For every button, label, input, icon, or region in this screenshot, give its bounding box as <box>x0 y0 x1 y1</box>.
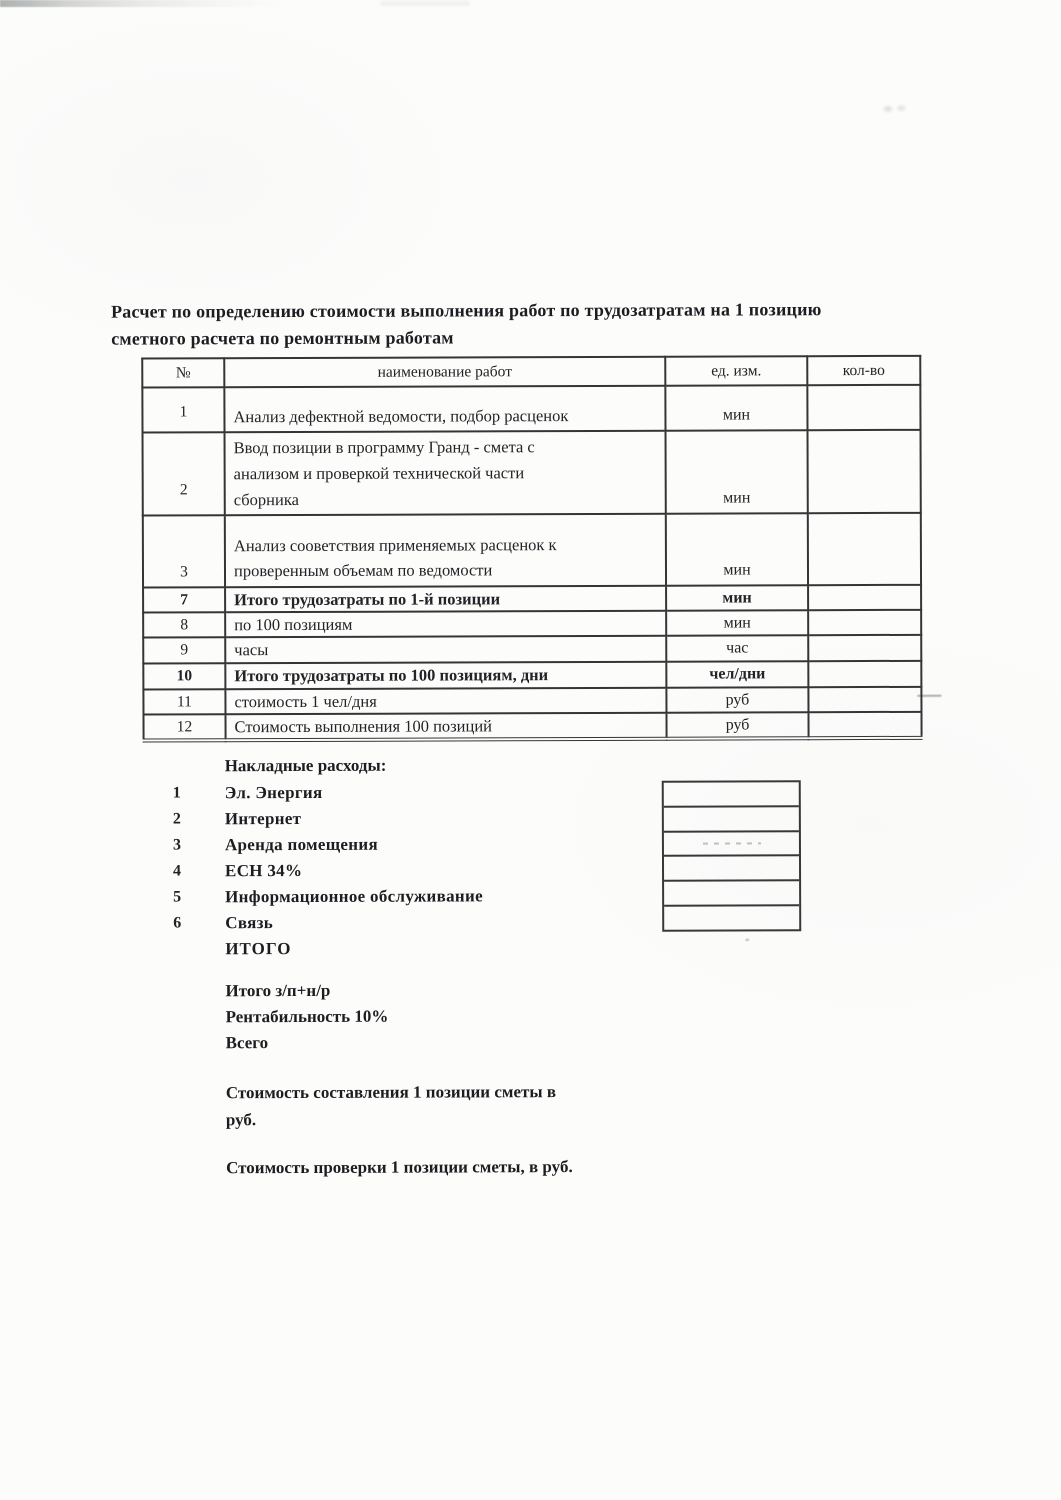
qty-cell <box>808 635 921 661</box>
table-header-row: № наименование работ ед. изм. кол-во <box>142 356 920 388</box>
work-name-cell: Анализ сооветствия применяемых расценок … <box>225 514 666 588</box>
col-header-name: наименование работ <box>224 357 665 388</box>
row-number-cell: 2 <box>143 432 225 515</box>
unit-cell: мин <box>666 430 808 513</box>
cost-note-compose-line1: Стоимость составления 1 позиции сметы в <box>226 1078 686 1107</box>
value-box-cell <box>664 830 799 855</box>
cost-note-compose: Стоимость составления 1 позиции сметы в … <box>226 1078 686 1134</box>
row-number-cell: 10 <box>143 663 225 689</box>
unit-cell: мин <box>666 513 808 585</box>
work-name-cell: Итого трудозатраты по 1-й позиции <box>225 586 666 613</box>
qty-cell <box>808 585 921 610</box>
scan-speck-artifact <box>745 938 749 941</box>
item-label: Эл. Энергия <box>225 783 323 803</box>
work-name-cell: Стоимость выполнения 100 позиций <box>225 713 666 741</box>
item-label: Связь <box>225 913 273 933</box>
work-name-cell: по 100 позициям <box>225 611 666 638</box>
overheads-total-label: ИТОГО <box>225 935 653 962</box>
value-box-cell <box>664 880 799 905</box>
qty-cell <box>808 687 921 712</box>
summary-profitability-line: Рентабильность 10% <box>226 1004 389 1031</box>
row-number-cell: 7 <box>143 587 225 612</box>
item-number: 2 <box>173 810 225 828</box>
value-box-cell <box>664 855 799 880</box>
row-number-cell: 3 <box>143 515 225 587</box>
value-box-cell <box>664 805 799 830</box>
row-number-cell: 12 <box>143 714 225 740</box>
document-title: Расчет по определению стоимости выполнен… <box>111 296 961 353</box>
item-number: 1 <box>173 784 225 802</box>
table-row: 7 Итого трудозатраты по 1-й позиции мин <box>143 585 921 613</box>
qty-cell <box>807 385 920 430</box>
scanned-document-page: Расчет по определению стоимости выполнен… <box>0 0 1061 1500</box>
unit-cell: мин <box>666 610 808 635</box>
item-label: Информационное обслуживание <box>225 886 483 907</box>
unit-cell: мин <box>666 585 808 610</box>
table-row: 2 Ввод позиции в программу Гранд - смета… <box>143 430 921 516</box>
work-name-cell: Итого трудозатраты по 100 позициям, дни <box>225 662 666 690</box>
summary-block: Итого з/п+н/р Рентабильность 10% Всего <box>225 978 388 1057</box>
row-number-cell: 8 <box>143 612 225 637</box>
table-row: 1 Анализ дефектной ведомости, подбор рас… <box>142 385 920 433</box>
qty-cell <box>808 661 921 687</box>
table-row: 12 Стоимость выполнения 100 позиций руб <box>143 712 921 741</box>
table-row: 9 часы час <box>143 635 921 664</box>
summary-total-line: Итого з/п+н/р <box>225 978 388 1005</box>
list-item: 3 Аренда помещения <box>173 831 653 859</box>
work-name-cell: стоимость 1 чел/дня <box>225 688 666 715</box>
item-number: 4 <box>173 862 225 880</box>
item-label: ЕСН 34% <box>225 861 302 881</box>
table-row: 3 Анализ сооветствия применяемых расцено… <box>143 513 921 588</box>
work-name-cell: Анализ дефектной ведомости, подбор расце… <box>224 386 665 433</box>
item-label: Интернет <box>225 809 302 829</box>
list-item: 4 ЕСН 34% <box>173 857 653 885</box>
qty-cell <box>808 430 921 513</box>
unit-cell: руб <box>666 712 808 738</box>
qty-cell <box>808 712 921 738</box>
labor-cost-table: № наименование работ ед. изм. кол-во 1 А… <box>141 355 922 743</box>
list-item: 2 Интернет <box>173 805 653 833</box>
scan-smudge <box>880 102 910 116</box>
overheads-list: 1 Эл. Энергия 2 Интернет 3 Аренда помеще… <box>173 779 654 963</box>
item-number: 6 <box>173 914 225 932</box>
qty-cell <box>808 610 921 635</box>
list-item: 5 Информационное обслуживание <box>173 883 653 911</box>
list-item: 6 Связь <box>173 909 653 937</box>
value-box-cell <box>664 782 799 805</box>
overheads-heading: Накладные расходы: <box>225 756 387 777</box>
item-label: Аренда помещения <box>225 835 378 856</box>
document-content: Расчет по определению стоимости выполнен… <box>0 0 1061 1500</box>
table-row: 10 Итого трудозатраты по 100 позициям, д… <box>143 661 921 690</box>
col-header-num: № <box>142 358 224 387</box>
row-number-cell: 1 <box>142 387 224 432</box>
scan-dash-artifact <box>702 842 760 844</box>
qty-cell <box>808 513 921 585</box>
table-row: 8 по 100 позициям мин <box>143 610 921 638</box>
row-number-cell: 9 <box>143 637 225 663</box>
overheads-value-box <box>662 780 802 931</box>
work-name-cell: Ввод позиции в программу Гранд - смета с… <box>225 431 666 516</box>
summary-grand-total-line: Всего <box>226 1030 389 1057</box>
list-item: 1 Эл. Энергия <box>173 779 653 807</box>
value-box-cell <box>664 904 799 929</box>
unit-cell: чел/дни <box>666 661 808 687</box>
unit-cell: мин <box>665 385 807 430</box>
col-header-qty: кол-во <box>807 356 920 385</box>
row-number-cell: 11 <box>143 689 225 714</box>
cost-note-compose-line2: руб. <box>226 1105 686 1134</box>
unit-cell: час <box>666 635 808 661</box>
document-title-line2: сметного расчета по ремонтным работам <box>111 323 961 353</box>
unit-cell: руб <box>666 687 808 712</box>
work-name-cell: часы <box>225 636 666 664</box>
item-number: 3 <box>173 836 225 854</box>
col-header-unit: ед. изм. <box>665 356 807 385</box>
document-title-line1: Расчет по определению стоимости выполнен… <box>111 296 961 326</box>
table-row: 11 стоимость 1 чел/дня руб <box>143 687 921 715</box>
item-number: 5 <box>173 888 225 906</box>
cost-note-check: Стоимость проверки 1 позиции сметы, в ру… <box>226 1157 706 1179</box>
